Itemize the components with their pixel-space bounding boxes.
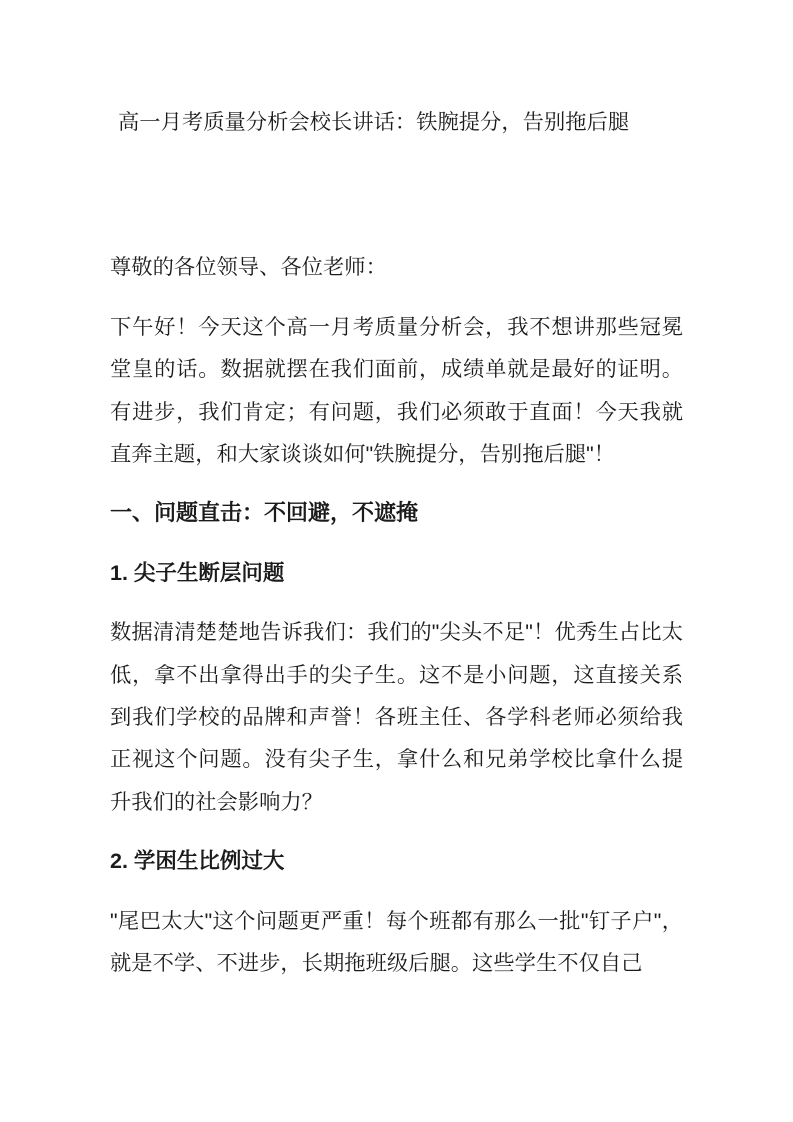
subsection-2-heading: 2. 学困生比例过大: [110, 840, 683, 882]
document-page: 高一月考质量分析会校长讲话：铁腕提分，告别拖后腿 尊敬的各位领导、各位老师： 下…: [0, 0, 793, 1122]
section-1-heading: 一、问题直击：不回避，不遮掩: [110, 492, 683, 534]
subsection-1-paragraph: 数据清清楚楚地告诉我们：我们的"尖头不足"！优秀生占比太低，拿不出拿得出手的尖子…: [110, 611, 683, 823]
document-title: 高一月考质量分析会校长讲话：铁腕提分，告别拖后腿: [110, 101, 683, 143]
subsection-2-paragraph: "尾巴太大"这个问题更严重！每个班都有那么一批"钉子户"，就是不学、不进步，长期…: [110, 900, 683, 985]
intro-paragraph: 下午好！今天这个高一月考质量分析会，我不想讲那些冠冕堂皇的话。数据就摆在我们面前…: [110, 306, 683, 476]
salutation-line: 尊敬的各位领导、各位老师：: [110, 246, 683, 288]
subsection-1-heading: 1. 尖子生断层问题: [110, 552, 683, 594]
